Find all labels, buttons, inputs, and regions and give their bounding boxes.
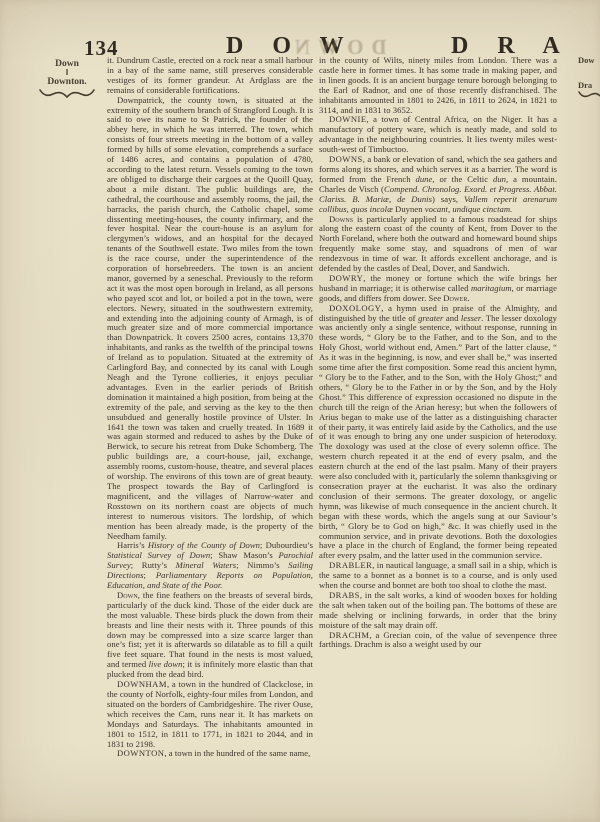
text-run: ) says, — [432, 194, 464, 204]
text-run: is particularly applied to a famous road… — [319, 214, 557, 274]
text-run: , the fine feathers on the breasts of se… — [107, 590, 313, 669]
text-run: Mineral Waters — [176, 560, 237, 570]
text-run: ; — [143, 570, 155, 580]
text-run: History of the County of Down — [148, 540, 260, 550]
text-run: DOWNS — [329, 154, 363, 164]
paragraph: DOWRY, the money or fortune which the wi… — [319, 274, 557, 304]
text-run: Harris’s — [117, 540, 148, 550]
text-run: maritagium — [471, 283, 512, 293]
paragraph: it. Dundrum Castle, erected on a rock ne… — [107, 56, 313, 96]
paragraph: Harris’s History of the County of Down; … — [107, 541, 313, 591]
margin-note-left: Down ‖ Downton. — [30, 59, 104, 99]
margin-note-word2: Downton. — [30, 77, 104, 87]
text-run: Downs — [329, 214, 353, 224]
text-run: . The lesser doxology was anciently only… — [319, 313, 557, 561]
text-run: . — [467, 293, 469, 303]
brace-icon-right — [577, 90, 600, 100]
text-run: vocant, undique cinctam. — [425, 204, 513, 214]
paragraph: DRABS, in the salt works, a kind of wood… — [319, 591, 557, 631]
text-run: Duynen — [393, 204, 425, 214]
text-run: Dower — [443, 293, 467, 303]
paragraph: in the county of Wilts, ninety miles fro… — [319, 56, 557, 115]
text-run: , a town in the hundred of Clackclose, i… — [107, 679, 313, 748]
text-run: , or the Celtic — [432, 174, 493, 184]
text-run: DOXOLOGY — [329, 303, 381, 313]
margin-note-separator: ‖ — [30, 69, 104, 77]
text-run: DRABLER — [329, 560, 372, 570]
paragraph: Downs is particularly applied to a famou… — [319, 215, 557, 274]
text-run: ; Dubourdieu’s — [260, 540, 313, 550]
text-run: dun — [493, 174, 506, 184]
right-text-column: in the county of Wilts, ninety miles fro… — [319, 56, 557, 770]
margin-note-right-fragment-2: Dra — [578, 80, 592, 90]
paragraph: DOWNHAM, a town in the hundred of Clackc… — [107, 680, 313, 749]
text-run: Down — [117, 590, 138, 600]
paragraph: DOXOLOGY, a hymn used in praise of the A… — [319, 304, 557, 562]
text-run: DOWNIE — [329, 114, 367, 124]
paragraph: DOWNTON, a town in the hundred of the sa… — [107, 749, 313, 759]
text-run: it. Dundrum Castle, erected on a rock ne… — [107, 56, 313, 95]
text-run: and — [443, 313, 461, 323]
text-run: Statistical Survey of Down — [107, 550, 210, 560]
text-run: , a town in the hundred of the same name… — [164, 748, 310, 758]
text-run: DOWRY — [329, 273, 363, 283]
text-run: in the county of Wilts, ninety miles fro… — [319, 56, 557, 115]
brace-icon — [38, 88, 96, 99]
left-text-column: it. Dundrum Castle, erected on a rock ne… — [107, 56, 313, 764]
margin-note-right-fragment-1: Dow — [578, 55, 595, 65]
book-page: 134 D O W DOWN D R A Down ‖ Downton. Dow… — [0, 0, 600, 822]
text-run: ; Shaw Mason’s — [210, 550, 278, 560]
text-run: live down — [149, 659, 183, 669]
text-run: DRACHM — [329, 630, 369, 640]
paragraph: DRACHM, a Grecian coin, of the value of … — [319, 631, 557, 651]
text-run: DRABS — [329, 590, 360, 600]
paragraph: DRABLER, in nautical language, a small s… — [319, 561, 557, 591]
paragraph: DOWNS, a bank or elevation of sand, whic… — [319, 155, 557, 214]
text-run: ; Rutty’s — [131, 560, 176, 570]
text-run: Downpatrick, the county town, is situate… — [107, 95, 313, 541]
text-run: DOWNTON — [117, 748, 164, 758]
paragraph: Downpatrick, the county town, is situate… — [107, 96, 313, 542]
paragraph: Down, the fine feathers on the breasts o… — [107, 591, 313, 680]
text-run: DOWNHAM — [117, 679, 167, 689]
text-run: ; Nimmo’s — [236, 560, 288, 570]
text-run: lesser — [461, 313, 481, 323]
text-run: dune — [415, 174, 432, 184]
paragraph: DOWNIE, a town of Central Africa, on the… — [319, 115, 557, 155]
text-run: greater — [418, 313, 443, 323]
